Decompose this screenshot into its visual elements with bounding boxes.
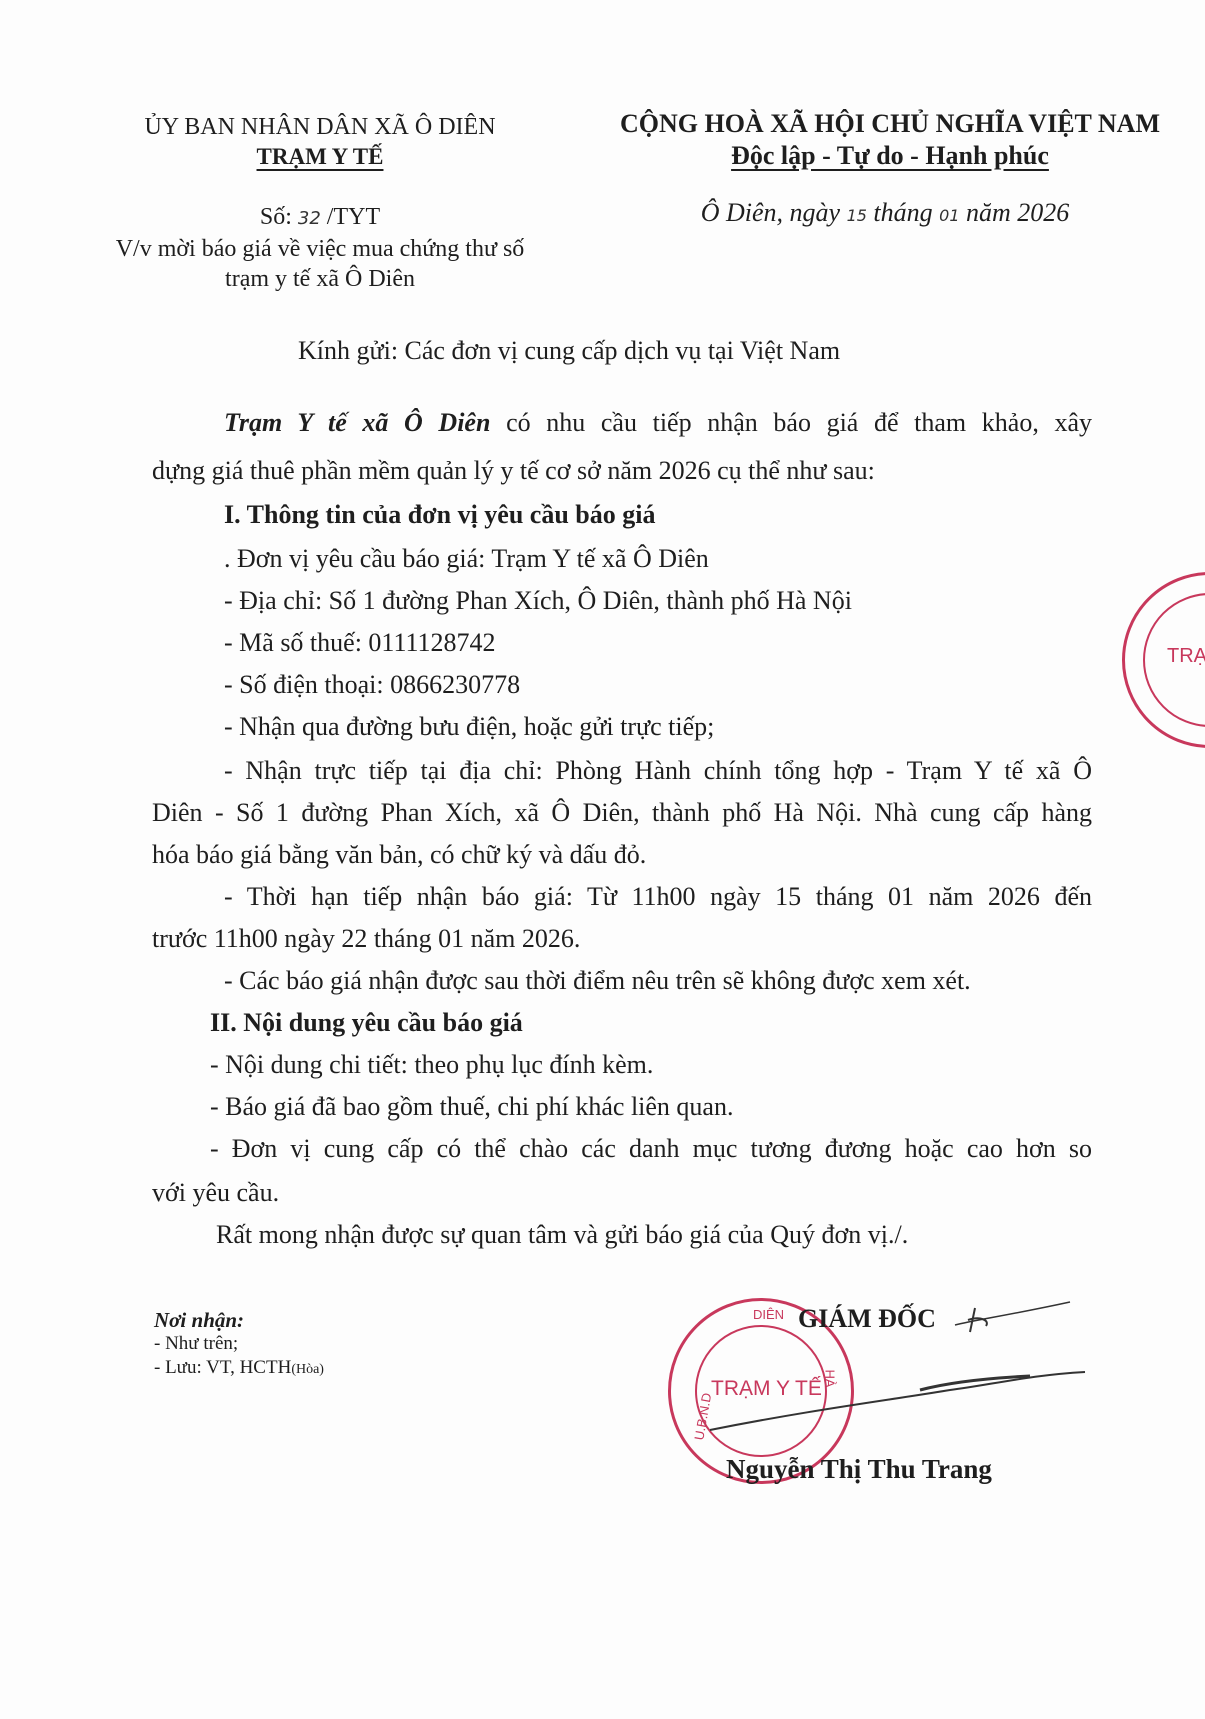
intro-line-2: dựng giá thuê phần mềm quản lý y tế cơ s… [152, 450, 875, 492]
info-item: . Đơn vị yêu cầu báo giá: Trạm Y tế xã Ô… [224, 538, 709, 580]
handwritten-signature [690, 1290, 1090, 1450]
late-note: - Các báo giá nhận được sau thời điểm nê… [224, 960, 971, 1002]
info-item: - Mã số thuế: 0111128742 [224, 622, 496, 664]
recipients-item: - Như trên; [154, 1332, 324, 1356]
content-item: - Nội dung chi tiết: theo phụ lục đính k… [210, 1044, 653, 1086]
info-item: - Địa chỉ: Số 1 đường Phan Xích, Ô Diên,… [224, 580, 852, 622]
equivalent-line-2: với yêu cầu. [152, 1172, 279, 1214]
intro-rest: có nhu cầu tiếp nhận báo giá để tham khả… [490, 408, 1092, 437]
intro-org: Trạm Y tế xã Ô Diên [224, 408, 490, 437]
deadline-line-1: - Thời hạn tiếp nhận báo giá: Từ 11h00 n… [224, 876, 1092, 918]
signer-name: Nguyễn Thị Thu Trang [726, 1454, 992, 1485]
direct-address-line-1: - Nhận trực tiếp tại địa chỉ: Phòng Hành… [224, 750, 1092, 792]
side-stamp: TRẠ [1122, 572, 1205, 748]
section-1-title: I. Thông tin của đơn vị yêu cầu báo giá [224, 494, 655, 536]
recipients-block: Nơi nhận: - Như trên; - Lưu: VT, HCTH(Hò… [154, 1308, 324, 1382]
recipients-item: - Lưu: VT, HCTH(Hòa) [154, 1356, 324, 1382]
info-item: - Nhận qua đường bưu điện, hoặc gửi trực… [224, 706, 714, 748]
direct-address-line-3: hóa báo giá bằng văn bản, có chữ ký và d… [152, 834, 646, 876]
section-2-title: II. Nội dung yêu cầu báo giá [210, 1002, 523, 1044]
intro-line-1: Trạm Y tế xã Ô Diên có nhu cầu tiếp nhận… [152, 402, 1092, 444]
recipients-initials: (Hòa) [291, 1362, 324, 1377]
deadline-line-2: trước 11h00 ngày 22 tháng 01 năm 2026. [152, 918, 580, 960]
info-item: - Số điện thoại: 0866230778 [224, 664, 520, 706]
equivalent-line-1: - Đơn vị cung cấp có thể chào các danh m… [210, 1128, 1092, 1170]
side-stamp-text: TRẠ [1167, 645, 1205, 668]
recipients-title: Nơi nhận: [154, 1308, 324, 1332]
direct-address-line-2: Diên - Số 1 đường Phan Xích, xã Ô Diên, … [152, 792, 1092, 834]
closing-line: Rất mong nhận được sự quan tâm và gửi bá… [216, 1214, 908, 1256]
content-item: - Báo giá đã bao gồm thuế, chi phí khác … [210, 1086, 733, 1128]
